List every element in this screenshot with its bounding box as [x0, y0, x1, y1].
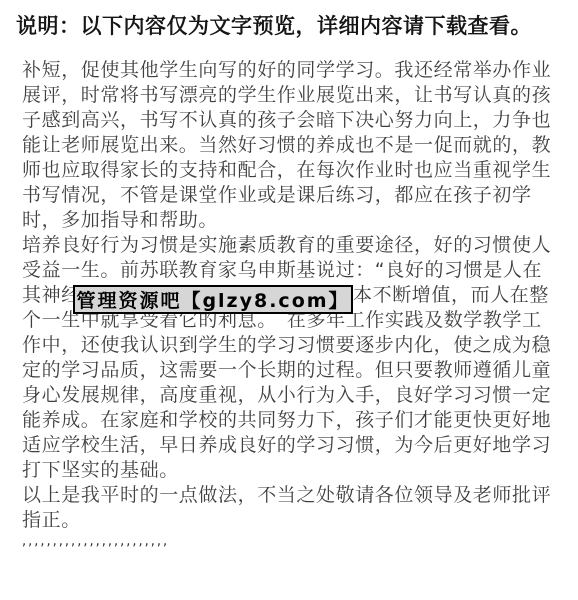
ellipsis-row: ,,,,,,,,,,,,,,,,,,,,,,,,	[22, 529, 567, 554]
preview-page: 说明：以下内容仅为文字预览，详细内容请下载查看。 补短，促使其他学生向写的好的同…	[0, 0, 578, 600]
text-line: 师也应取得家长的支持和配合，在每次作业时也应当重视学生	[22, 158, 567, 183]
text-line: 身心发展规律，高度重视，从小行为入手，良好学习习惯一定	[22, 383, 567, 408]
text-line: 书写情况，不管是课堂作业或是课后练习，都应在孩子初学	[22, 183, 567, 208]
text-line: 培养良好行为习惯是实施素质教育的重要途径，好的习惯使人	[22, 233, 567, 258]
text-line: 以上是我平时的一点做法，不当之处敬请各位领导及老师批评	[22, 483, 567, 508]
text-line: 展评，时常将书写漂亮的学生作业展览出来，让书写认真的孩	[22, 83, 567, 108]
text-line: 打下坚实的基础。	[22, 458, 567, 483]
text-line: 作中，还使我认识到学生的学习习惯要逐步内化，使之成为稳	[22, 333, 567, 358]
obscured-line-right: 本不断增值，而人在整	[353, 283, 549, 308]
text-line: 能养成。在家庭和学校的共同努力下，孩子们才能更快更好地	[22, 408, 567, 433]
watermark-text: 管理资源吧【glzy8.com】	[76, 286, 349, 313]
watermark-badge: 管理资源吧【glzy8.com】	[73, 285, 353, 314]
text-line: 受益一生。前苏联教育家乌申斯基说过：“良好的习惯是人在	[22, 258, 567, 283]
text-line: 适应学校生活，早日养成良好的学习习惯，为今后更好地学习	[22, 433, 567, 458]
text-line: 补短，促使其他学生向写的好的同学学习。我还经常举办作业	[22, 58, 567, 83]
obscured-line-left: 其神经	[22, 284, 81, 306]
text-line: 时，多加指导和帮助。	[22, 208, 567, 233]
text-line: 能让老师展览出来。当然好习惯的养成也不是一促而就的，教	[22, 133, 567, 158]
text-line: 子感到高兴，书写不认真的孩子会暗下决心努力向上，力争也	[22, 108, 567, 133]
preview-notice: 说明：以下内容仅为文字预览，详细内容请下载查看。	[16, 10, 532, 40]
text-line: 定的学习品质，这需要一个长期的过程。但只要教师遵循儿童	[22, 358, 567, 383]
